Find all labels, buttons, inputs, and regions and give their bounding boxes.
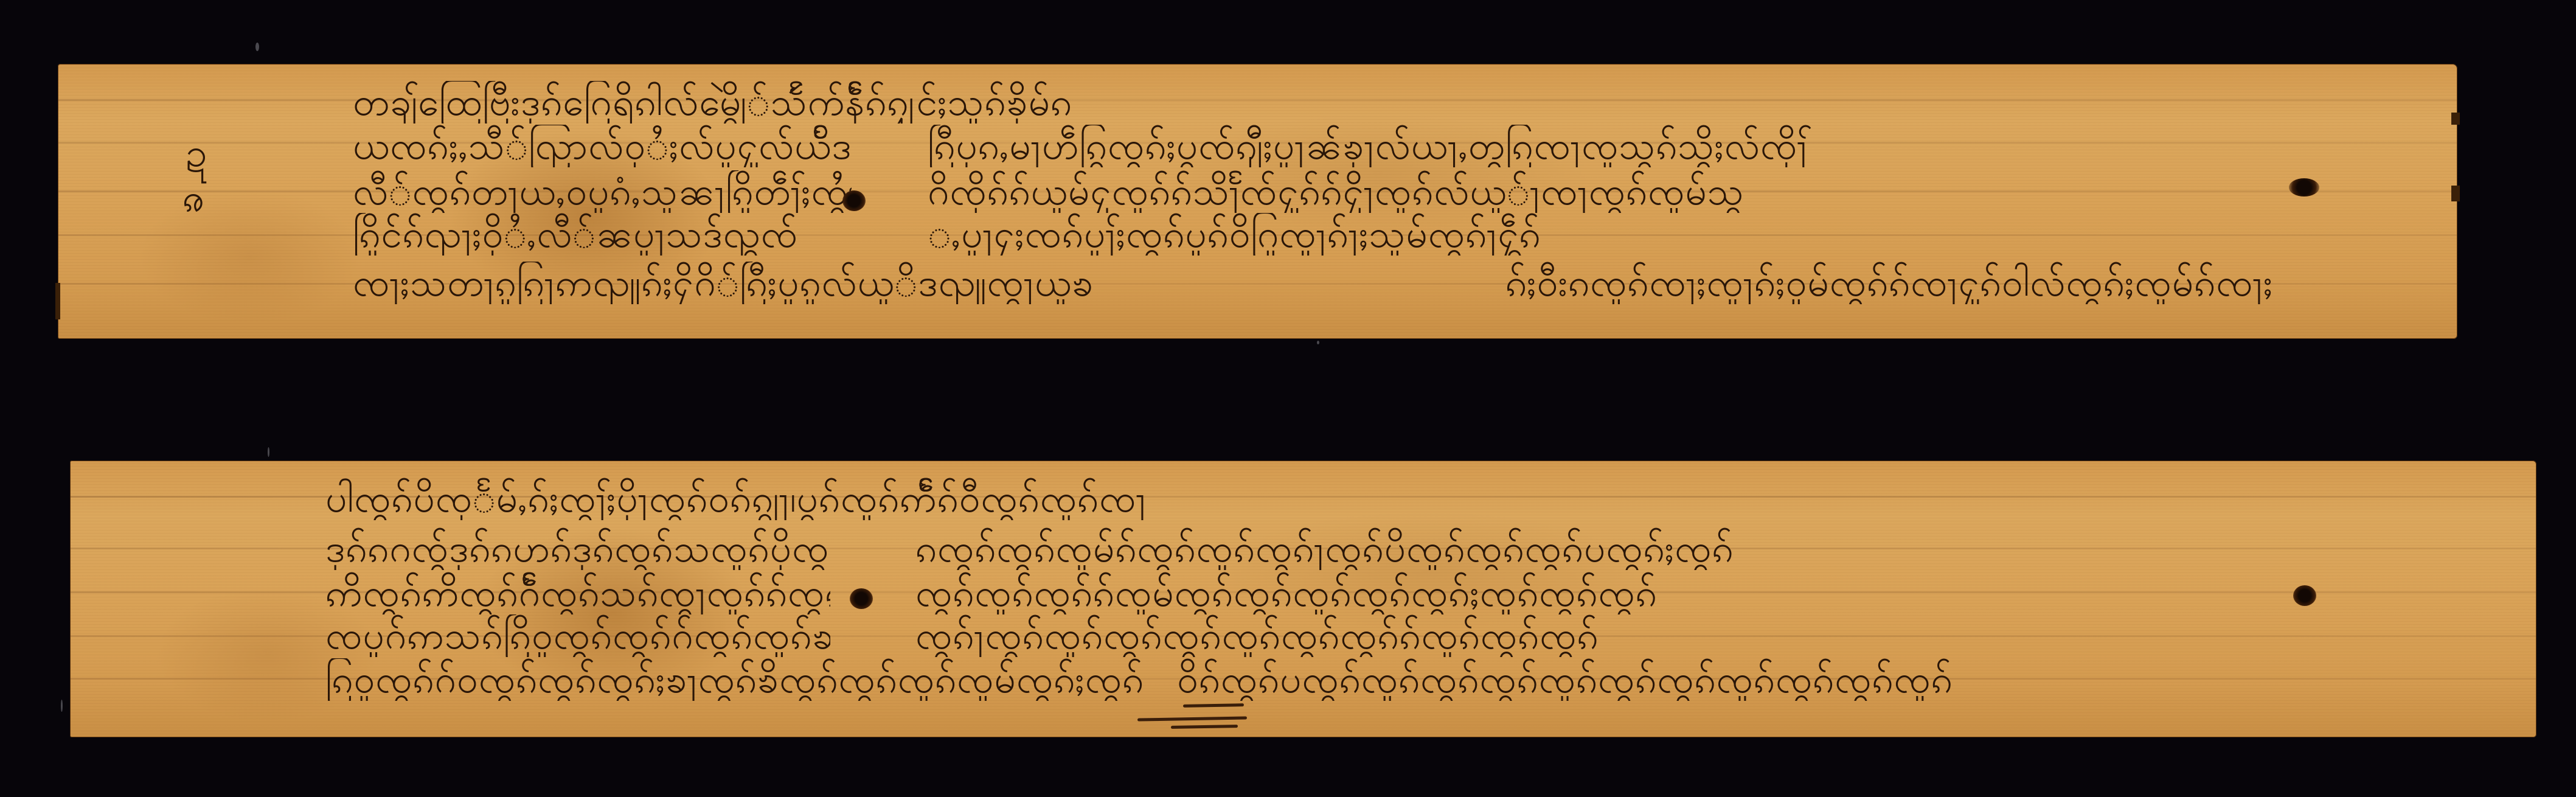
script-line: ၸွၵ်ၸူၵ်ၸွၵ်ၵ်ၸူမ်ၸွၵ်ၸွၵ်ၸူၵ်ၸွၵ်ၸွၵ်ႈၸ… <box>915 572 2290 614</box>
script-line: ၸႃႈသတႃၵူၵြႃဢၺူၵ်ႈႁိဂိ်ၵြီႈပူၵူလ်ယူိဒၺူၸွ… <box>353 262 1508 304</box>
script-line: ပါၸွၵ်ပိၸုႅမ်ႇၵ်ႈၸွႃ်ႈပိုႃၸွၵ်ဝၵ်ၵျွႃ၊ပွ… <box>325 478 2394 520</box>
script-line: ယၸၵ်ႈႇသီ်ၺြာလ်ဝုႆႈလ်ပူႁူလ်ယႅိဒၺူၶျွႃ <box>353 125 852 167</box>
background-speck <box>61 700 63 712</box>
script-line: ဝိၵ်ၸွၵ်ပၸွၵ်ၸူၵ်ၸွၵ်ၸွၵ်ၸူၵ်ၸွၵ်ၸွၵ်ၸူၵ… <box>1177 658 2324 701</box>
background-speck <box>1317 341 1319 344</box>
frayed-edge <box>55 283 60 319</box>
script-line: ႇပူႃႁႈၸၵ်ပူႃ်ႈၸွၵ်ပူၵ်ဝိဂြုၸူႃၵ်ႃႈသူမ်ၸွ… <box>928 213 2284 256</box>
background-speck <box>255 43 259 51</box>
end-scratch-mark <box>1171 725 1238 729</box>
string-hole-right <box>2293 585 2316 606</box>
script-line: ၸပူဂ်ဢသၵ်ၵြိဝူၸွၵ်ၸွၵ်ဂ်ၸွၵ်ၸူၵ်ၶႃႈ <box>325 614 830 657</box>
string-hole-right <box>2289 178 2319 197</box>
frayed-edge <box>2451 186 2460 201</box>
script-line: ၵၸွၵ်ၸွၵ်ၸူမ်ၵ်ၸွၵ်ၸူၵ်ၸွၵ်ႃၸွၵ်ပိၸူၵ်ၸွ… <box>915 527 2342 570</box>
frayed-edge <box>2451 113 2460 125</box>
folio-number-mark: ဍ <box>186 134 207 173</box>
background-speck <box>268 447 269 457</box>
string-hole-left <box>842 190 866 211</box>
script-line: ဢိၸွၵ်ဢိၸွၵ်ဂႅဵၸွၵ်သၵ်ၸွႃၸူၵ်ၵ်ၸွၵ်ႈ <box>325 572 830 614</box>
script-line: ၸွၵ်ႃၸွၵ်ၸူၵ်ၸွၵ်ၸွၵ်ၸူၵ်ၸွၵ်ၸွၵ်ၵ်ၸူၵ်ၸ… <box>915 614 2290 657</box>
script-line: တချ်ထြေဗြီးဒုၵ်ဂြေရိၵါလ်မွေိုဲ်သႅဴက်နႅဵၵ… <box>353 81 2369 124</box>
script-line: လီ်ၸွၵ်တႃယႇဝပူၵံႇသူၼႃၵြိုတဵႃ်ႈၸွႆႈ <box>353 170 852 213</box>
end-scratch-mark <box>1183 703 1244 708</box>
script-line: ဒုၵ်ၵဂၸွ်ဒုၵ်ၵဟၵ်ဒုၵ်ၸွၵ်သၸူၵ်ပိုၸွၵ် <box>325 527 830 570</box>
folio-number-mark: ၷ <box>182 179 204 218</box>
script-line: ၵြီပုၵႇမႃဟဵၵြွၸွၵ်ႈပွၸ်ၵျိဵႈပူႃၼ်ၶုႃလ်ယႃ… <box>928 125 2302 167</box>
string-hole-left <box>850 588 873 609</box>
script-line: ၵ်ႈဝီးၵၸူၵ်ၸႃႈၸူႃၵ်ႈဝူမ်ၸွၵ်ၵ်ၸႃႁူၵ်ဝါလ်… <box>1505 262 2369 304</box>
script-line: ၵြဝူၸွၵ်ဂ်ဝၸွၵ်ၸွၵ်ၸွၵ်ႈၶႃၸွၵ်ၶိၸွၵ်ၸွၵ်… <box>325 658 1177 701</box>
script-line: ဂိၸိုၵ်ၵ်ယူမ်ႁုၸူၵ်ၵ်သိႃႅၸ်ႁူၵ်ၵ်ႁိုႃၸူၵ… <box>928 170 2284 213</box>
palm-leaf-folio-top: ဍ ၷ တချ်ထြေဗြီးဒုၵ်ဂြေရိၵါလ်မွေိုဲ်သႅဴက်… <box>58 64 2457 339</box>
script-line: ၵြိုင်ၵ်ၺႃႈဝိုႆႇလီ်ၼပူႃသဒ်ၺွၸ် <box>353 213 852 256</box>
palm-leaf-folio-bottom: ပါၸွၵ်ပိၸုႅမ်ႇၵ်ႈၸွႃ်ႈပိုႃၸွၵ်ဝၵ်ၵျွႃ၊ပွ… <box>70 461 2536 737</box>
end-scratch-mark <box>1137 716 1247 721</box>
